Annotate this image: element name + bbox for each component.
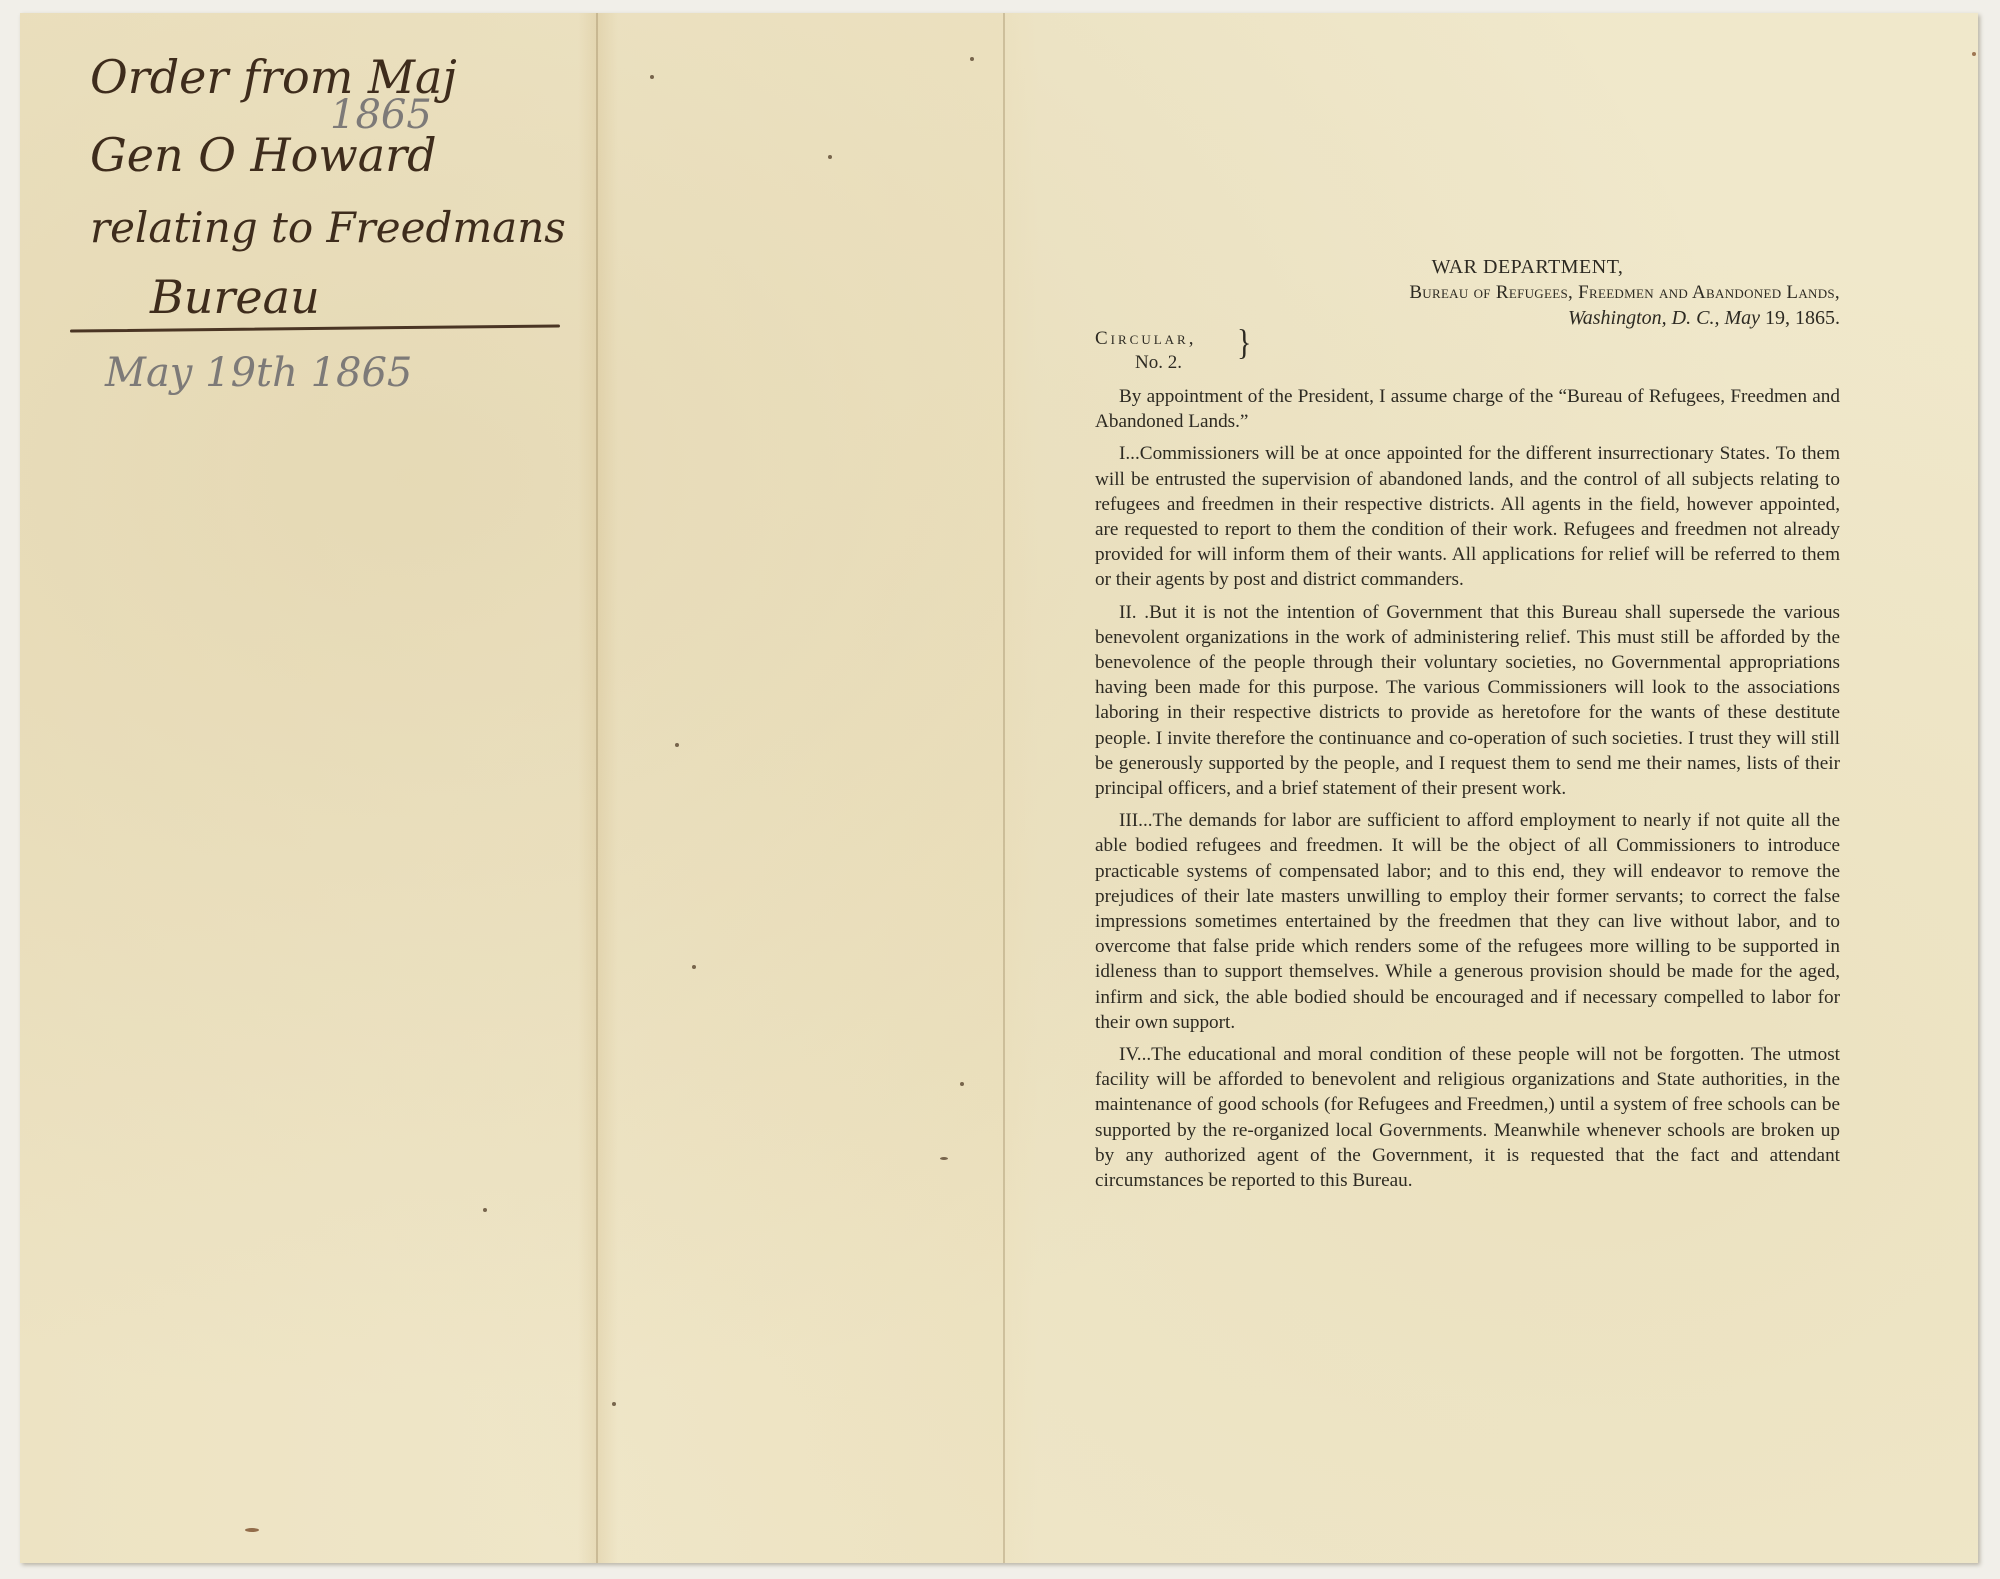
place-date: Washington, D. C., May <box>1568 307 1760 329</box>
foxing-spot <box>1972 52 1976 56</box>
circular-body: By appointment of the President, I assum… <box>1095 384 1840 1200</box>
place-date-line: Washington, D. C., May 19, 1865. <box>1568 307 1840 330</box>
pencil-date: May 19th 1865 <box>105 350 412 396</box>
note-line-3: relating to Freedmans <box>90 203 566 252</box>
foxing-spot <box>828 155 832 159</box>
paragraph-iv: IV...The educational and moral condition… <box>1095 1042 1840 1193</box>
department-heading: WAR DEPARTMENT, <box>1095 256 1840 279</box>
foxing-spot <box>960 1082 964 1086</box>
foxing-spot <box>970 57 974 61</box>
circular-title: Circular, <box>1095 328 1196 350</box>
note-line-4: Bureau <box>150 270 320 324</box>
paragraph-i: I...Commissioners will be at once appoin… <box>1095 441 1840 592</box>
paragraph-ii: II. .But it is not the intention of Gove… <box>1095 600 1840 802</box>
foxing-spot <box>940 1157 948 1160</box>
fold-stain <box>578 13 618 1563</box>
foxing-spot <box>612 1402 616 1406</box>
foxing-spot <box>483 1208 487 1212</box>
foxing-spot <box>245 1528 259 1532</box>
bureau-heading: Bureau of Refugees, Freedmen and Abandon… <box>1409 282 1840 304</box>
fold-line-right <box>1003 13 1005 1563</box>
foxing-spot <box>692 965 696 969</box>
paragraph-intro: By appointment of the President, I assum… <box>1095 384 1840 434</box>
day-year: 19, 1865. <box>1765 307 1840 329</box>
brace-glyph: } <box>1237 323 1251 364</box>
foxing-spot <box>650 75 654 79</box>
note-line-2: Gen O Howard <box>90 128 437 182</box>
paragraph-iii: III...The demands for labor are sufficie… <box>1095 808 1840 1035</box>
circular-number: No. 2. <box>1135 352 1182 374</box>
foxing-spot <box>675 743 679 747</box>
fold-line-left <box>596 13 598 1563</box>
